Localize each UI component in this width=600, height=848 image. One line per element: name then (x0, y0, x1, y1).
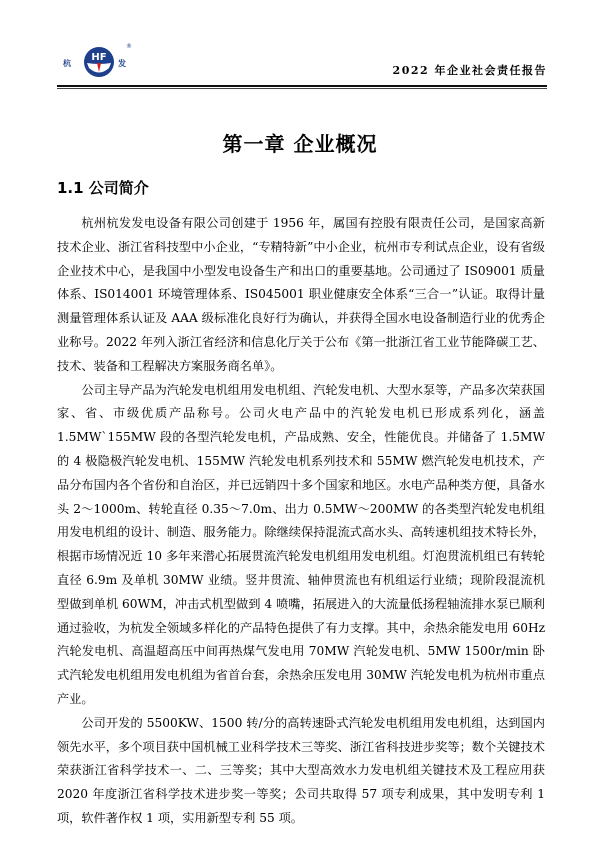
paragraph-rd-achievements: 公司开发的 5500KW、1500 转/分的高转速卧式汽轮发电机组用发电机组，达… (57, 712, 545, 831)
hf-emblem-icon: HF (83, 46, 115, 78)
page-header: 杭 HF 发 ® 2022 年企业社会责任报告 (57, 40, 547, 90)
body-text: 杭州杭发发电设备有限公司创建于 1956 年，属国有控股有限责任公司，是国家高新… (57, 212, 545, 831)
logo-text-right: 发 (118, 58, 126, 69)
company-logo: 杭 HF 发 ® (63, 42, 135, 78)
header-rule-thick (57, 85, 547, 87)
section-heading: 1.1 公司简介 (57, 177, 149, 198)
document-page: 杭 HF 发 ® 2022 年企业社会责任报告 第一章 企业概况 1.1 公司简… (0, 0, 600, 848)
svg-text:HF: HF (91, 52, 106, 63)
paragraph-main-products: 公司主导产品为汽轮发电机组用发电机组、汽轮发电机、大型水泵等，产品多次荣获国家、… (57, 379, 545, 712)
header-divider (57, 85, 547, 90)
page-number: 1 (0, 788, 600, 798)
logo-text-left: 杭 (63, 58, 71, 69)
report-title: 2022 年企业社会责任报告 (393, 62, 547, 78)
paragraph-company-overview: 杭州杭发发电设备有限公司创建于 1956 年，属国有控股有限责任公司，是国家高新… (57, 212, 545, 379)
chapter-title: 第一章 企业概况 (0, 128, 600, 157)
registered-mark: ® (126, 43, 132, 50)
header-rule-thin (57, 88, 547, 89)
